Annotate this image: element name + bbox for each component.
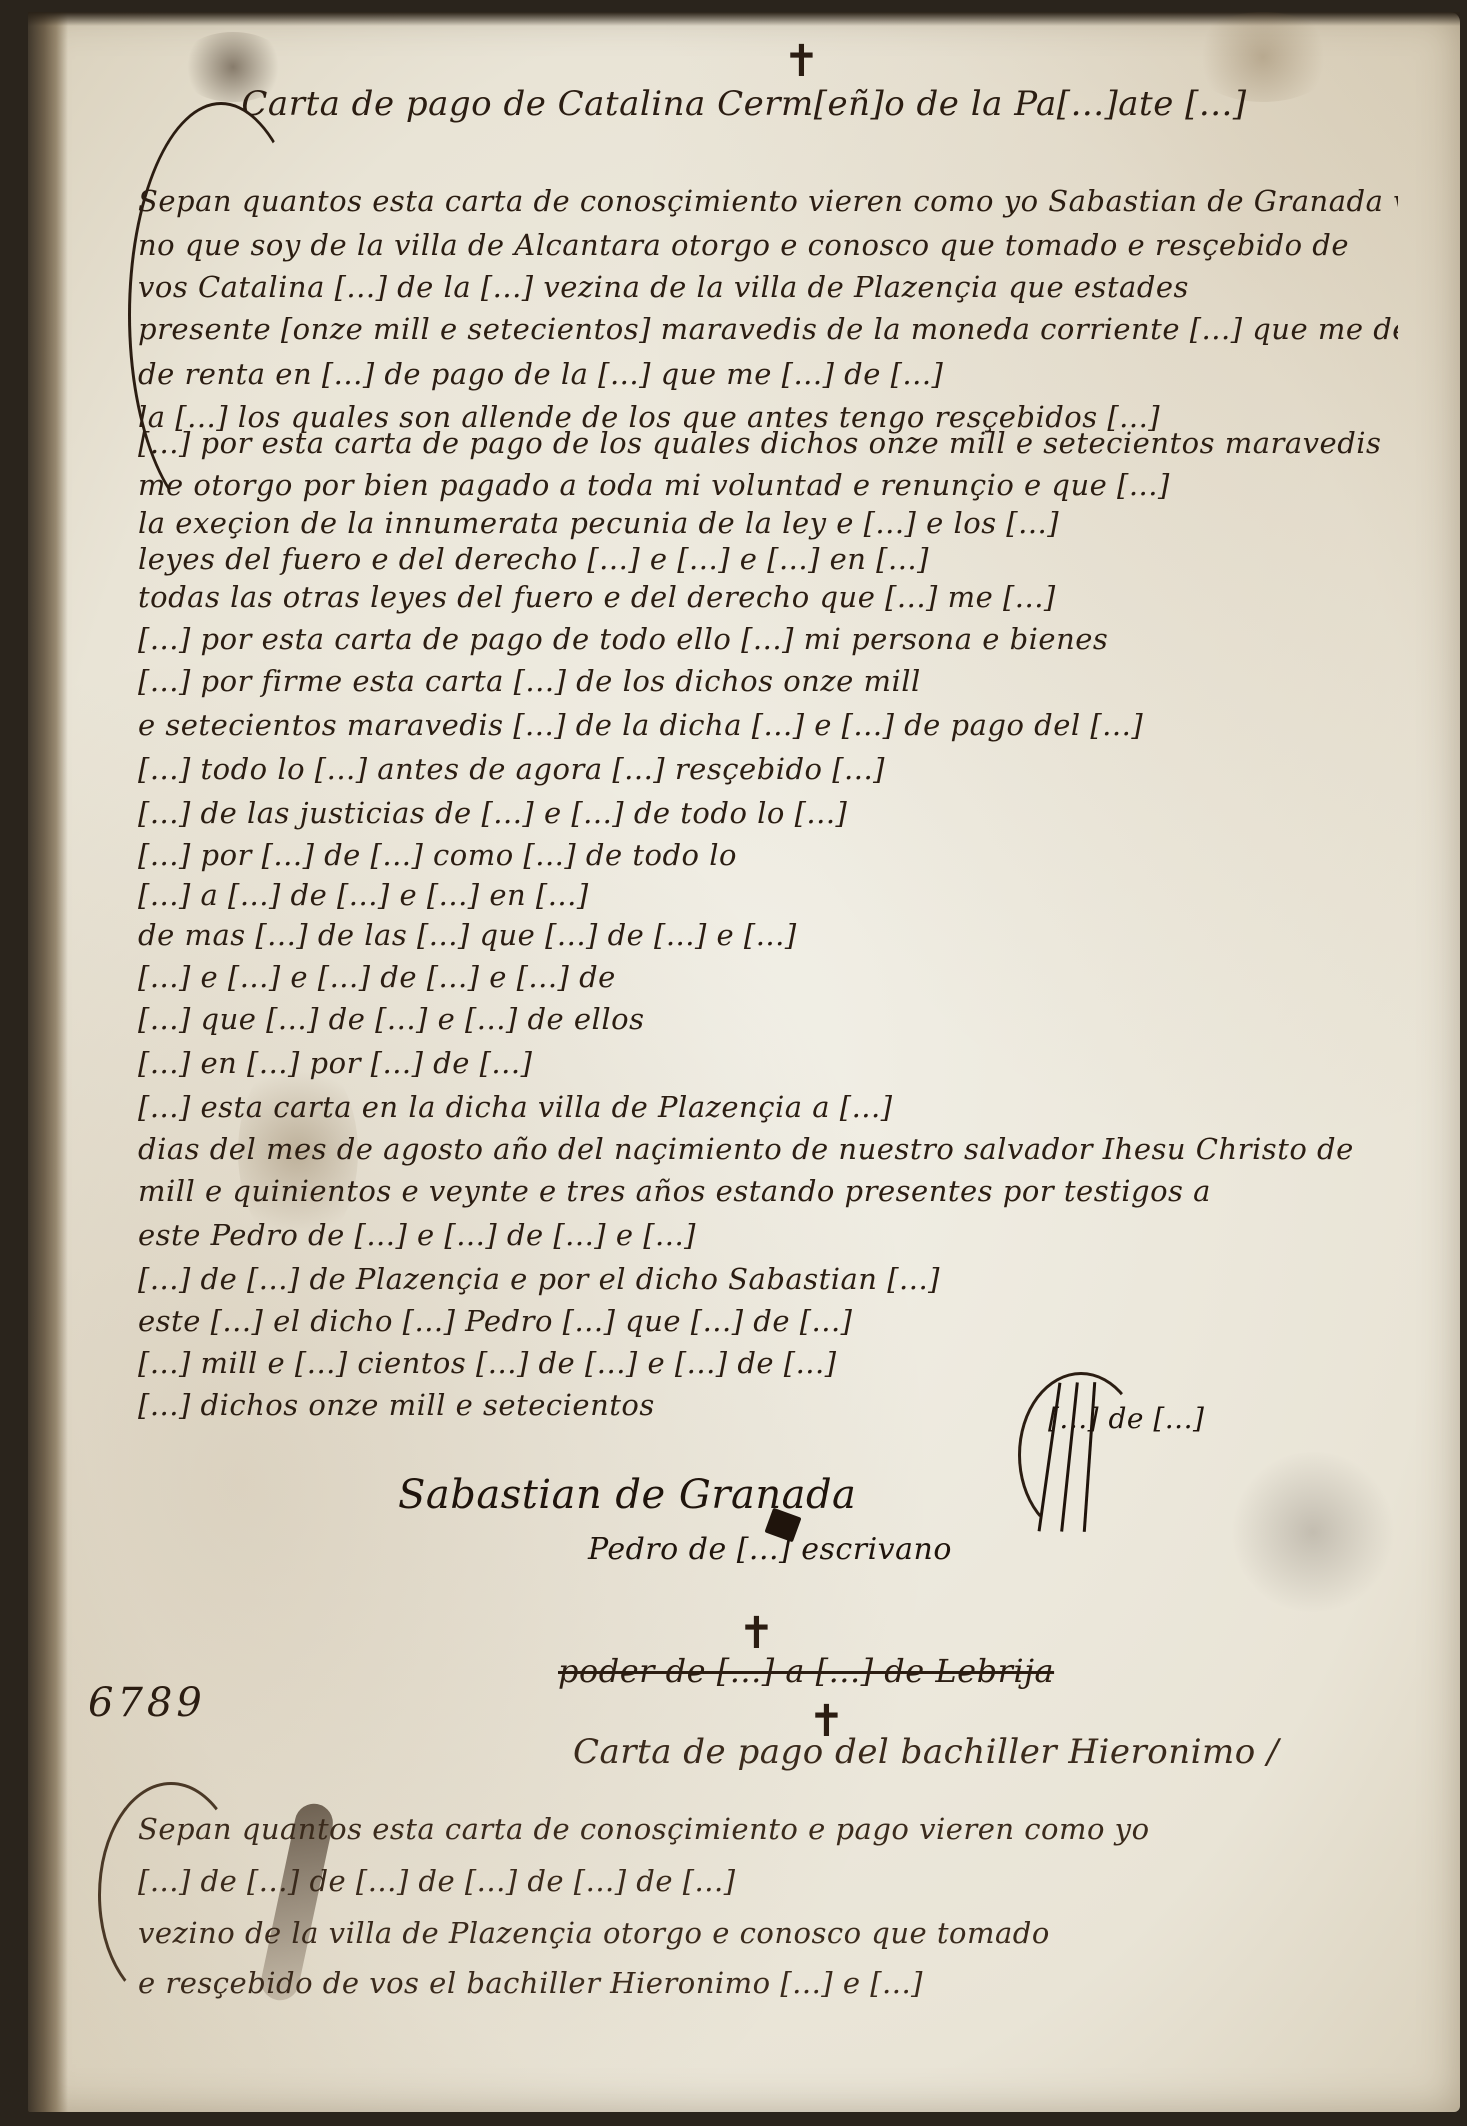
body-line: Sepan quantos esta carta de conosçimient…	[138, 184, 1398, 218]
body-line: [...] por firme esta carta [...] de los …	[138, 664, 1398, 698]
body-line: este [...] el dicho [...] Pedro [...] qu…	[138, 1304, 1398, 1338]
body-line: este Pedro de [...] e [...] de [...] e […	[138, 1218, 1398, 1252]
binding-edge	[28, 12, 68, 2112]
body-line: todas las otras leyes del fuero e del de…	[138, 580, 1398, 614]
cross-symbol: ✝	[738, 1612, 775, 1656]
body-line: [...] de [...] de [...] de [...] de [...…	[138, 1864, 1418, 1898]
signature: Sabastian de Granada	[398, 1472, 856, 1518]
body-line: Sepan quantos esta carta de conosçimient…	[138, 1812, 1418, 1846]
body-line: [...] mill e [...] cientos [...] de [...…	[138, 1346, 1398, 1380]
body-line: no que soy de la villa de Alcantara otor…	[138, 228, 1398, 262]
body-line: vezino de la villa de Plazençia otorgo e…	[138, 1916, 1418, 1950]
signature: Pedro de [...] escrivano	[588, 1532, 952, 1567]
water-stain	[1228, 1452, 1398, 1612]
body-line: [...] por esta carta de pago de los qual…	[138, 426, 1398, 460]
body-line: [...] e [...] e [...] de [...] e [...] d…	[138, 960, 1398, 994]
body-line: dias del mes de agosto año del naçimient…	[138, 1132, 1398, 1166]
body-line: mill e quinientos e veynte e tres años e…	[138, 1174, 1398, 1208]
body-line: [...] dichos onze mill e setecientos	[138, 1388, 1398, 1422]
body-line: [...] a [...] de [...] e [...] en [...]	[138, 878, 1398, 912]
body-line: [...] esta carta en la dicha villa de Pl…	[138, 1090, 1398, 1124]
body-line: vos Catalina [...] de la [...] vezina de…	[138, 270, 1398, 304]
second-entry-heading: Carta de pago del bachiller Hieronimo /	[573, 1732, 1279, 1772]
body-line: leyes del fuero e del derecho [...] e [.…	[138, 542, 1398, 576]
scan-background: ✝ Carta de pago de Catalina Cerm[eñ]o de…	[0, 0, 1467, 2126]
body-line: [...] de [...] de Plazençia e por el dic…	[138, 1262, 1398, 1296]
body-line: [...] por [...] de [...] como [...] de t…	[138, 838, 1398, 872]
cross-symbol: ✝	[783, 40, 820, 84]
body-line: [...] que [...] de [...] e [...] de ello…	[138, 1002, 1398, 1036]
body-line: de renta en [...] de pago de la [...] qu…	[138, 357, 1398, 391]
body-line: [...] por esta carta de pago de todo ell…	[138, 622, 1398, 656]
body-line: [...] en [...] por [...] de [...]	[138, 1046, 1398, 1080]
body-line: [...] todo lo [...] antes de agora [...]…	[138, 752, 1398, 786]
struck-heading: poder de [...] a [...] de Lebrija	[558, 1652, 1054, 1690]
body-line: de mas [...] de las [...] que [...] de […	[138, 918, 1398, 952]
body-line: me otorgo por bien pagado a toda mi volu…	[138, 468, 1398, 502]
margin-folio-number: 6789	[88, 1680, 206, 1726]
body-line: e setecientos maravedis [...] de la dich…	[138, 708, 1398, 742]
body-line: presente [onze mill e setecientos] marav…	[138, 312, 1398, 346]
body-line: e resçebido de vos el bachiller Hieronim…	[138, 1966, 1418, 2000]
signature-rubric	[1018, 1372, 1144, 1538]
manuscript-page: ✝ Carta de pago de Catalina Cerm[eñ]o de…	[28, 12, 1460, 2112]
body-line: la exeçion de la innumerata pecunia de l…	[138, 506, 1398, 540]
body-line: [...] de las justicias de [...] e [...] …	[138, 796, 1398, 830]
